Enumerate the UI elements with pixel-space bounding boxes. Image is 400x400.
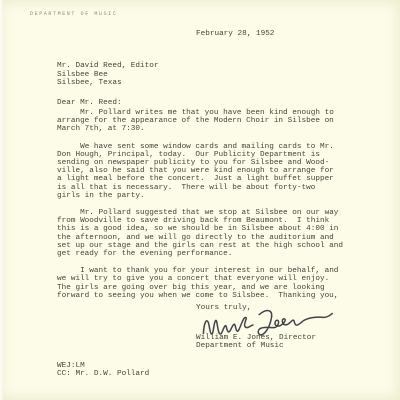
letterhead: Department of Music: [30, 11, 117, 17]
letter-body: Mr. Pollard writes me that you have been…: [57, 109, 369, 309]
recipient-address: Mr. David Reed, Editor Silsbee Bee Silsb…: [57, 62, 159, 88]
signer-department: Department of Music: [196, 342, 316, 350]
salutation: Dear Mr. Reed:: [57, 99, 122, 107]
scanned-letter: Department of Music February 28, 1952 Mr…: [0, 0, 400, 400]
paragraph-1: Mr. Pollard writes me that you have been…: [57, 109, 369, 134]
signer-name-title: William E. Jones, Director: [196, 334, 316, 342]
paragraph-3: Mr. Pollard suggested that we stop at Si…: [57, 209, 369, 258]
signature-block: William E. Jones, Director Department of…: [196, 334, 316, 351]
reference-initials: WEJ:LM: [57, 362, 149, 370]
paragraph-4: I want to thank you for your interest in…: [57, 267, 369, 300]
cc-line: CC: Mr. D.W. Pollard: [57, 370, 149, 378]
letter-footer: WEJ:LM CC: Mr. D.W. Pollard: [57, 362, 149, 379]
letter-date: February 28, 1952: [196, 30, 274, 38]
scan-edge-artifact: [0, 0, 4, 400]
paragraph-2: We have sent some window cards and maili…: [57, 143, 369, 200]
